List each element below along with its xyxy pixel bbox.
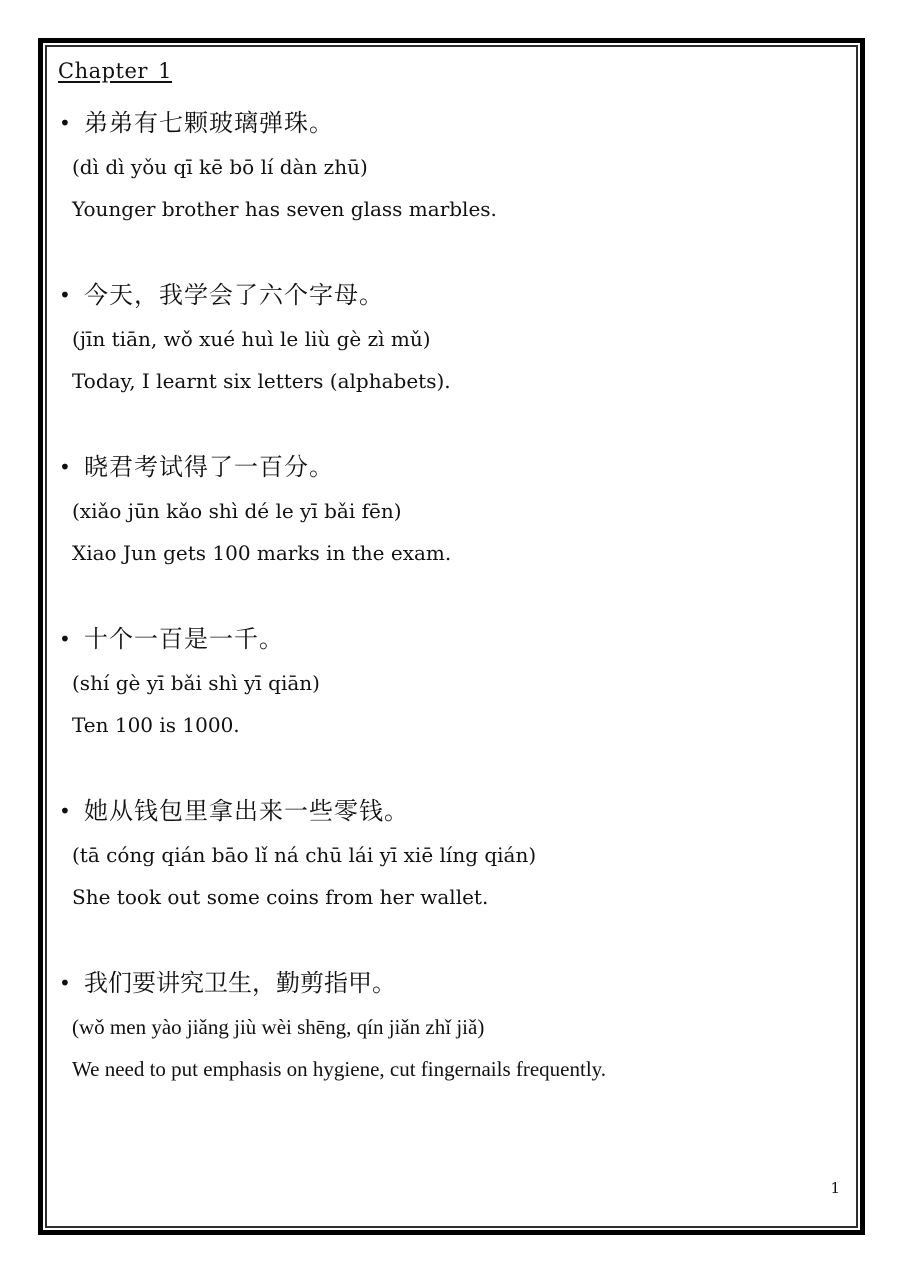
- page-number: 1: [830, 1181, 840, 1196]
- sentence-entry: • 我们要讲究卫生，勤剪指甲。 (wǒ men yào jiǎng jiù wè…: [58, 960, 842, 1090]
- sentence-entry: • 今天，我学会了六个字母。 (jīn tiān, wǒ xué huì le …: [58, 272, 842, 402]
- bullet-icon: •: [59, 960, 71, 1006]
- page-outer-border: Chapter 1 • 弟弟有七颗玻璃弹珠。 (dì dì yǒu qī kē …: [38, 38, 865, 1235]
- chinese-sentence: 弟弟有七颗玻璃弹珠。: [58, 100, 842, 146]
- english-translation: Today, I learnt six letters (alphabets).: [58, 360, 842, 402]
- sentence-entry: • 晓君考试得了一百分。 (xiǎo jūn kǎo shì dé le yī …: [58, 444, 842, 574]
- chinese-sentence: 今天，我学会了六个字母。: [58, 272, 842, 318]
- sentence-entry: • 弟弟有七颗玻璃弹珠。 (dì dì yǒu qī kē bō lí dàn …: [58, 100, 842, 230]
- chapter-title: Chapter 1: [58, 57, 842, 85]
- chinese-sentence: 晓君考试得了一百分。: [58, 444, 842, 490]
- sentence-entry: • 她从钱包里拿出来一些零钱。 (tā cóng qián bāo lǐ ná …: [58, 788, 842, 918]
- bullet-icon: •: [59, 444, 71, 490]
- english-translation: Younger brother has seven glass marbles.: [58, 188, 842, 230]
- bullet-icon: •: [59, 616, 71, 662]
- bullet-icon: •: [59, 788, 71, 834]
- pinyin-text: (dì dì yǒu qī kē bō lí dàn zhū): [58, 146, 842, 188]
- document-page: Chapter 1 • 弟弟有七颗玻璃弹珠。 (dì dì yǒu qī kē …: [0, 0, 900, 1273]
- english-translation: She took out some coins from her wallet.: [58, 876, 842, 918]
- bullet-icon: •: [59, 272, 71, 318]
- pinyin-text: (wǒ men yào jiǎng jiù wèi shēng, qín jiǎ…: [58, 1006, 842, 1048]
- pinyin-text: (tā cóng qián bāo lǐ ná chū lái yī xiē l…: [58, 834, 842, 876]
- pinyin-text: (shí gè yī bǎi shì yī qiān): [58, 662, 842, 704]
- chinese-sentence: 她从钱包里拿出来一些零钱。: [58, 788, 842, 834]
- bullet-icon: •: [59, 100, 71, 146]
- pinyin-text: (jīn tiān, wǒ xué huì le liù gè zì mǔ): [58, 318, 842, 360]
- sentence-entry: • 十个一百是一千。 (shí gè yī bǎi shì yī qiān) T…: [58, 616, 842, 746]
- page-inner-border: Chapter 1 • 弟弟有七颗玻璃弹珠。 (dì dì yǒu qī kē …: [45, 45, 858, 1228]
- chinese-sentence: 十个一百是一千。: [58, 616, 842, 662]
- english-translation: Ten 100 is 1000.: [58, 704, 842, 746]
- english-translation: We need to put emphasis on hygiene, cut …: [58, 1048, 842, 1090]
- chinese-sentence: 我们要讲究卫生，勤剪指甲。: [58, 960, 842, 1006]
- pinyin-text: (xiǎo jūn kǎo shì dé le yī bǎi fēn): [58, 490, 842, 532]
- english-translation: Xiao Jun gets 100 marks in the exam.: [58, 532, 842, 574]
